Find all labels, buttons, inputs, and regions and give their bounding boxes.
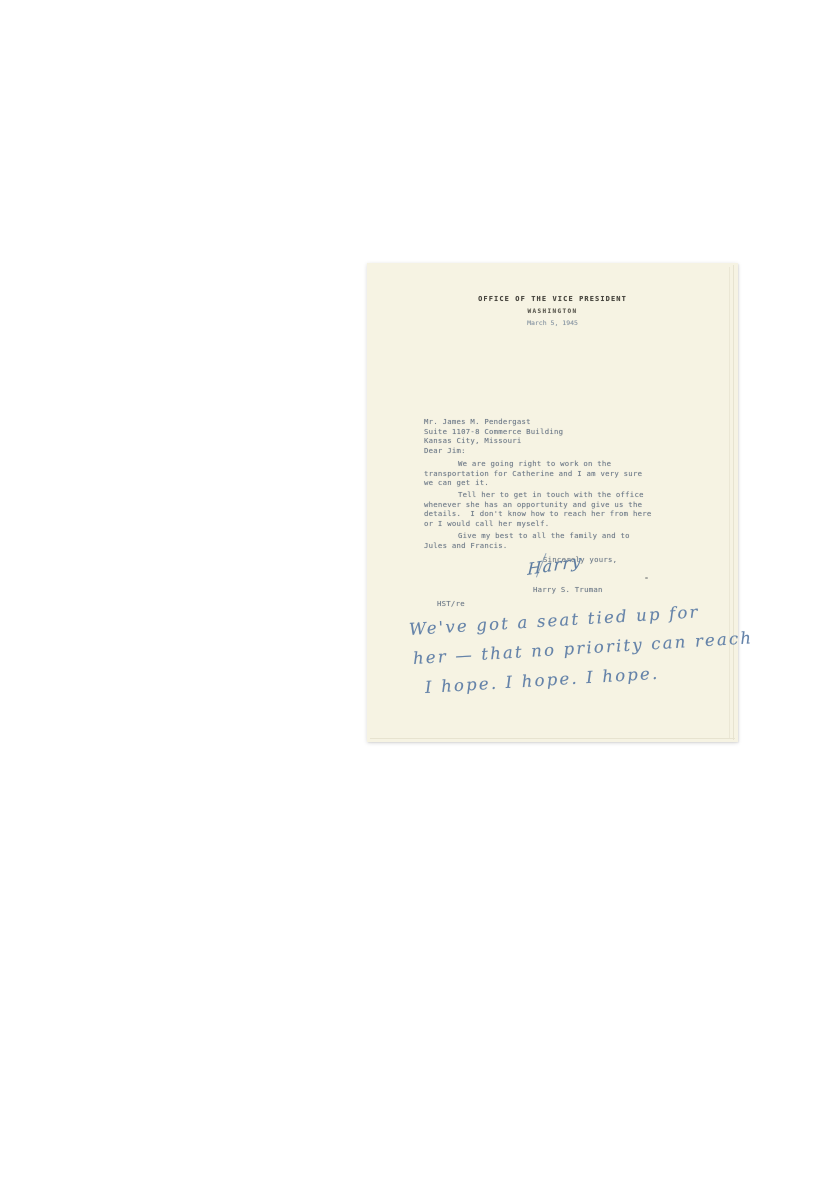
body-paragraph-3: Give my best to all the family and to Ju… <box>424 531 652 550</box>
recipient-address-line1: Suite 1107-8 Commerce Building <box>424 427 563 437</box>
body-paragraph-1: We are going right to work on the transp… <box>424 459 652 488</box>
body-line: whenever she has an opportunity and give… <box>424 500 652 510</box>
letterhead-city-line: WASHINGTON <box>367 308 738 315</box>
handwritten-postscript: We've got a seat tied up for her — that … <box>409 615 729 702</box>
body-line: Give my best to all the family and to <box>424 531 652 541</box>
typed-signature-name: Harry S. Truman <box>533 585 603 595</box>
body-line: details. I don't know how to reach her f… <box>424 509 652 519</box>
paper-edge-line <box>733 265 734 740</box>
recipient-name: Mr. James M. Pendergast <box>424 417 563 427</box>
body-line: Jules and Francis. <box>424 541 652 551</box>
body-line: or I would call her myself. <box>424 519 652 529</box>
body-paragraph-2: Tell her to get in touch with the office… <box>424 490 652 528</box>
recipient-address-line2: Kansas City, Missouri <box>424 436 563 446</box>
ink-speck <box>645 577 648 579</box>
letter-body: We are going right to work on the transp… <box>424 459 652 553</box>
body-line: We are going right to work on the <box>424 459 652 469</box>
paper-edge-line <box>370 738 735 739</box>
paper-edge-line <box>729 267 730 739</box>
letterhead-office-line: OFFICE OF THE VICE PRESIDENT <box>367 295 738 303</box>
scan-background: OFFICE OF THE VICE PRESIDENT WASHINGTON … <box>0 0 819 1197</box>
body-line: transportation for Catherine and I am ve… <box>424 469 652 479</box>
letter-page: OFFICE OF THE VICE PRESIDENT WASHINGTON … <box>367 263 738 742</box>
letter-date: March 5, 1945 <box>367 319 738 327</box>
reference-initials: HST/re <box>437 599 465 609</box>
body-line: Tell her to get in touch with the office <box>424 490 652 500</box>
salutation: Dear Jim: <box>424 446 466 456</box>
body-line: we can get it. <box>424 478 652 488</box>
recipient-address-block: Mr. James M. Pendergast Suite 1107-8 Com… <box>424 417 563 446</box>
